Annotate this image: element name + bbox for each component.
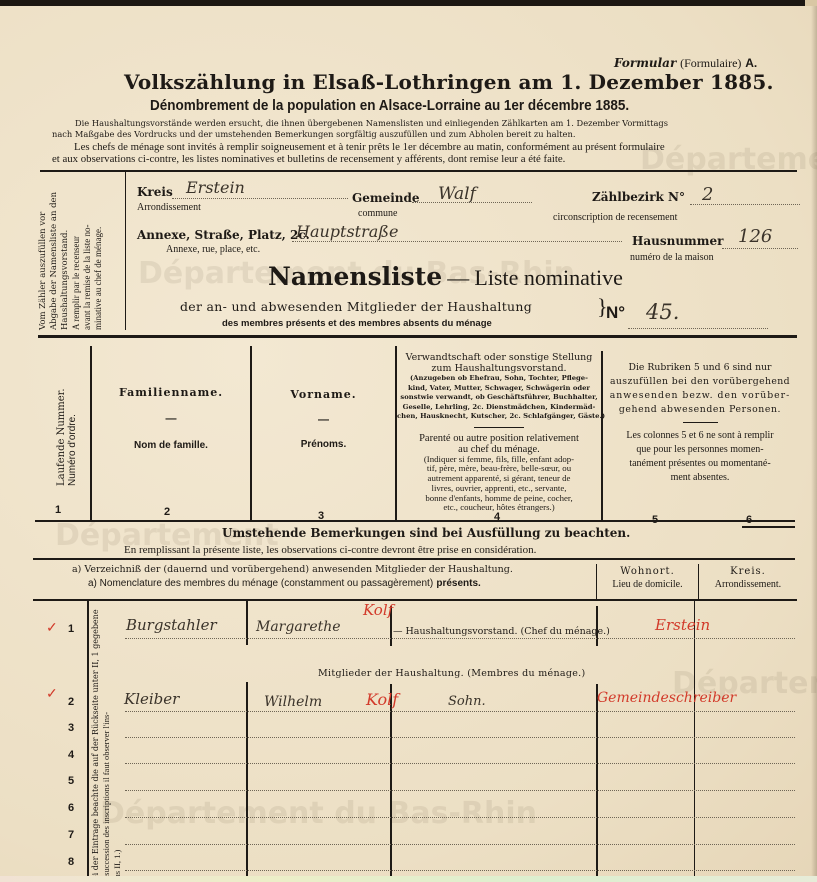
form-label: Formular (Formulaire) A. bbox=[614, 56, 757, 71]
family-name[interactable]: Burgstahler bbox=[126, 616, 217, 634]
title-fr: Dénombrement de la population en Alsace-… bbox=[150, 98, 629, 114]
col2-number: 2 bbox=[164, 506, 170, 518]
hausnummer-value[interactable]: 126 bbox=[738, 226, 772, 247]
relation-value[interactable]: Sohn. bbox=[448, 694, 486, 709]
rule bbox=[33, 599, 797, 601]
given-name[interactable]: Wilhelm bbox=[264, 694, 322, 710]
gemeinde-label-fr: commune bbox=[358, 208, 397, 219]
row-number: 4 bbox=[68, 749, 74, 761]
section-a-de: a) Verzeichniß der (dauernd und vorüberg… bbox=[72, 564, 513, 575]
check-mark-icon: ✓ bbox=[46, 686, 58, 702]
list-number-label: N° bbox=[606, 303, 625, 323]
row-number: 6 bbox=[68, 802, 74, 814]
col2-header: Familienname. — Nom de famille. bbox=[92, 386, 250, 451]
list-subtitle-fr: des membres présents et des membres abse… bbox=[222, 318, 492, 329]
scan-edge bbox=[0, 876, 817, 882]
check-mark-icon: ✓ bbox=[46, 620, 58, 636]
col4-header: Verwandtschaft oder sonstige Stellung zu… bbox=[397, 352, 601, 513]
row-number: 7 bbox=[68, 829, 74, 841]
list-number-value[interactable]: 45. bbox=[646, 300, 679, 324]
gemeinde-value[interactable]: Walf bbox=[438, 184, 476, 204]
zaehlbezirk-label-fr: circonscription de recensement bbox=[553, 212, 677, 223]
annexe-label-fr: Annexe, rue, place, etc. bbox=[166, 244, 260, 255]
instructions-fr-1: Les chefs de ménage sont invités à rempl… bbox=[74, 141, 665, 153]
wohnort-value[interactable]: Gemeindeschreiber bbox=[597, 690, 736, 706]
row-number: 1 bbox=[68, 623, 74, 635]
zaehlbezirk-label: Zählbezirk N° bbox=[592, 190, 685, 204]
col56-header: Die Rubriken 5 und 6 sind nur auszufülle… bbox=[603, 361, 797, 485]
kreis-header: Kreis. Arrondissement. bbox=[699, 566, 797, 590]
list-title: Namensliste — Liste nominative bbox=[268, 262, 623, 291]
wohnort-value[interactable]: Erstein bbox=[655, 616, 710, 634]
title-de: Volkszählung in Elsaß-Lothringen am 1. D… bbox=[124, 70, 774, 94]
hausnummer-label: Hausnummer bbox=[632, 234, 723, 248]
head-of-household-label: — Haushaltungsvorstand. (Chef du ménage.… bbox=[393, 626, 610, 637]
annexe-label: Annexe, Straße, Platz, 2c. bbox=[137, 228, 310, 242]
zaehlbezirk-value[interactable]: 2 bbox=[702, 184, 713, 205]
red-annotation: Kolf bbox=[366, 690, 398, 709]
rows-side-note: Bei der Eintrage beachte die auf der Rüc… bbox=[90, 586, 123, 882]
census-form-page: Département Département du Bas-Rhin Dépa… bbox=[0, 6, 817, 882]
annexe-value[interactable]: Hauptstraße bbox=[296, 222, 398, 241]
red-annotation: Kolf bbox=[363, 601, 393, 619]
wohnort-header: Wohnort. Lieu de domicile. bbox=[597, 566, 698, 590]
rule bbox=[35, 520, 795, 522]
kreis-label-fr: Arrondissement bbox=[137, 202, 201, 213]
remarks-de: Umstehende Bemerkungen sind bei Ausfüllu… bbox=[222, 526, 630, 540]
side-divider bbox=[125, 172, 126, 330]
row-number: 8 bbox=[68, 856, 74, 868]
kreis-label: Kreis bbox=[137, 185, 173, 199]
col1-number: 1 bbox=[55, 504, 61, 516]
watermark: Département du Bas-Rhin bbox=[100, 796, 537, 831]
given-name[interactable]: Margarethe bbox=[256, 619, 341, 635]
remarks-fr: En remplissant la présente liste, les ob… bbox=[124, 544, 536, 556]
row-number: 3 bbox=[68, 722, 74, 734]
list-subtitle-de: der an- und abwesenden Mitglieder der Ha… bbox=[180, 299, 532, 314]
kreis-value[interactable]: Erstein bbox=[186, 178, 245, 197]
family-name[interactable]: Kleiber bbox=[124, 690, 179, 708]
row-number: 2 bbox=[68, 696, 74, 708]
instructions-fr-2: et aux observations ci-contre, les liste… bbox=[52, 153, 565, 165]
gemeinde-label: Gemeinde bbox=[352, 191, 420, 205]
members-label: Mitglieder der Haushaltung. (Membres du … bbox=[318, 668, 586, 679]
rule bbox=[40, 170, 797, 172]
rule bbox=[38, 335, 797, 338]
rule bbox=[33, 558, 795, 560]
side-note: Vom Zähler auszufüllen vor Abgabe der Na… bbox=[38, 170, 104, 330]
instructions-de-2: nach Maßgabe des Vordrucks und der umste… bbox=[52, 129, 575, 139]
col3-header: Vorname. — Prénoms. bbox=[252, 388, 395, 450]
col1-header: Laufende Nummer. Numéro d'ordre. bbox=[56, 356, 78, 486]
section-a-fr: a) Nomenclature des membres du ménage (c… bbox=[88, 578, 481, 589]
row-number: 5 bbox=[68, 775, 74, 787]
instructions-de-1: Die Haushaltungsvorstände werden ersucht… bbox=[75, 118, 668, 128]
hausnummer-label-fr: numéro de la maison bbox=[630, 252, 714, 263]
